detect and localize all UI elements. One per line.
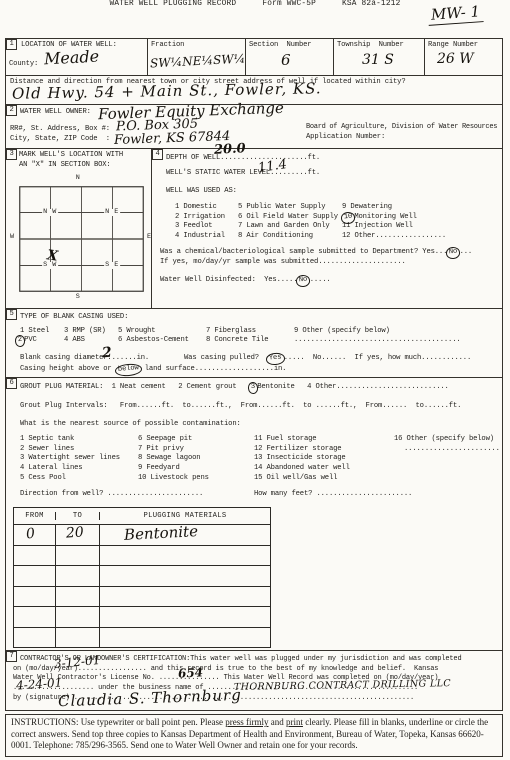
circled-2-pvc: 2: [15, 335, 26, 348]
use-option: 12 Other.................: [342, 232, 446, 242]
contamination-label: What is the nearest source of possible c…: [20, 420, 241, 430]
section6-grout-box: 6 GROUT PLUG MATERIAL: 1 Neat cement 2 C…: [5, 377, 503, 651]
section1-location-cell: 1 LOCATION OF WATER WELL: County: Meade: [6, 39, 148, 75]
use-option: 3 Feedlot: [175, 222, 225, 232]
contamination-option: 1 Septic tank: [20, 435, 120, 445]
grout-option: 4 Other...........................: [307, 383, 449, 391]
contamination-option: 13 Insecticide storage: [254, 454, 350, 464]
contamination-col1: 1 Septic tank 2 Sewer lines 3 Watertight…: [20, 435, 120, 484]
section5-casing-box: 5 TYPE OF BLANK CASING USED: 1 Steel 3 R…: [5, 308, 503, 378]
grout-material-line: GROUT PLUG MATERIAL: 1 Neat cement 2 Cem…: [20, 383, 449, 393]
to-value: 20: [65, 524, 84, 541]
use-option: 9 Dewatering: [342, 203, 446, 213]
contamination-col3: 11 Fuel storage 12 Fertilizer storage 13…: [254, 435, 350, 484]
circled-no-sample: No: [446, 246, 461, 259]
use-option-monitoring-well: 10Monitoring Well: [342, 213, 446, 223]
section2-owner-box: 2 WATER WELL OWNER: Fowler Equity Exchan…: [5, 104, 503, 149]
water-well-plugging-record-scan: WATER WELL PLUGGING RECORD Form WWC-5P K…: [0, 0, 510, 760]
contamination-option: 15 Oil well/Gas well: [254, 474, 350, 484]
use-option: 2 Irrigation: [175, 213, 225, 223]
grout-option: 2 Cement grout: [178, 383, 236, 391]
plugging-material-value: Bentonite: [124, 522, 199, 544]
section-grid: [19, 186, 144, 292]
contamination-option: 14 Abandoned water well: [254, 464, 350, 474]
sample-question-line: Was a chemical/bacteriological sample su…: [160, 248, 472, 258]
casing-diameter-line: Blank casing diameter.......in.: [20, 354, 149, 364]
disinfected-post: .....: [310, 276, 331, 284]
table-row: 0 20 Bentonite: [14, 524, 270, 545]
section1-number: 1: [6, 39, 17, 50]
contamination-option: 7 Pit privy: [138, 445, 209, 455]
use-option: 8 Air Conditioning: [238, 232, 338, 242]
instructions-text: and: [268, 717, 286, 727]
section3-location-grid-box: 3 MARK WELL'S LOCATION WITH AN "X" IN SE…: [5, 148, 152, 309]
section7-number: 7: [6, 651, 17, 662]
plugging-materials-table: FROM TO PLUGGING MATERIALS 0 20 Bentonit…: [13, 507, 271, 648]
section3-title-line2: AN "X" IN SECTION BOX:: [6, 161, 151, 171]
contamination-option: 12 Fertilizer storage: [254, 445, 350, 455]
casing-pulled-label: Was casing pulled?: [184, 354, 267, 362]
range-value: 26 W: [437, 51, 474, 67]
contamination-option: 6 Seepage pit: [138, 435, 209, 445]
casing-pulled-line: Was casing pulled? Yes..... No...... If …: [184, 354, 471, 364]
use-option-label: Monitoring Well: [354, 213, 416, 221]
handwritten-well-id: MW- 1: [427, 2, 483, 26]
section3-title-line1: MARK WELL'S LOCATION WITH: [6, 149, 151, 161]
table-row: [14, 565, 270, 586]
table-row: [14, 627, 270, 648]
township-value: 31 S: [362, 52, 394, 68]
use-options-col2: 5 Public Water Supply 6 Oil Field Water …: [238, 203, 338, 242]
range-cell: Range Number 26 W: [425, 39, 502, 75]
plugging-materials-header: PLUGGING MATERIALS: [100, 512, 270, 520]
use-option: 1 Domestic: [175, 203, 225, 213]
section5-title: TYPE OF BLANK CASING USED:: [20, 313, 128, 323]
contamination-option: 16 Other (specify below): [394, 435, 500, 445]
county-value: Meade: [44, 47, 100, 69]
casing-height-post: land surface...................in.: [141, 365, 287, 373]
form-statute: KSA 82a-1212: [342, 0, 401, 8]
fraction-cell: Fraction SW¼NE¼SW¼: [148, 39, 246, 75]
instructions-underlined: print: [286, 717, 303, 727]
casing-other-dots: ........................................: [294, 336, 461, 346]
table-row: [14, 606, 270, 627]
section7-certification-box: 7 CONTRACTOR'S OR LANDOWNER'S CERTIFICAT…: [5, 650, 503, 711]
contamination-option: 4 Lateral lines: [20, 464, 120, 474]
form-number: Form WWC-5P: [262, 0, 316, 8]
table-header-row: FROM TO PLUGGING MATERIALS: [14, 508, 270, 524]
static-level-line: WELL'S STATIC WATER LEVEL.........ft.: [166, 169, 320, 179]
contamination-option: 5 Cess Pool: [20, 474, 120, 484]
section5-number: 5: [6, 309, 17, 320]
used-as-label: WELL WAS USED AS:: [166, 187, 237, 197]
city-label: City, State, ZIP Code :: [10, 135, 110, 145]
section4-number: 4: [152, 149, 163, 160]
circled-yes-pulled: Yes: [266, 352, 285, 365]
address-label: RR#, St. Address, Box #:: [10, 125, 110, 135]
circled-3-bentonite: 3: [248, 382, 259, 395]
application-number-label: Application Number:: [306, 133, 385, 143]
contamination-col4: 16 Other (specify below) ...............…: [394, 435, 500, 454]
table-row: [14, 545, 270, 566]
section1-location-row: 1 LOCATION OF WATER WELL: County: Meade …: [5, 38, 503, 76]
instructions-underlined: press firmly: [225, 717, 268, 727]
direction-from-well-label: Direction from well? ...................…: [20, 490, 203, 500]
grout-title: GROUT PLUG MATERIAL:: [20, 383, 103, 391]
contamination-option: 2 Sewer lines: [20, 445, 120, 455]
use-options-col1: 1 Domestic 2 Irrigation 3 Feedlot 4 Indu…: [175, 203, 225, 242]
grout-option-bentonite: Bentonite: [257, 383, 294, 391]
casing-height-pre: Casing height above or: [20, 365, 116, 373]
use-option: 6 Oil Field Water Supply: [238, 213, 338, 223]
table-row: [14, 586, 270, 607]
compass-nw-label: N W: [42, 209, 58, 216]
contamination-option: 8 Sewage lagoon: [138, 454, 209, 464]
use-options-col3: 9 Dewatering 10Monitoring Well 11 Inject…: [342, 203, 446, 242]
disinfected-line: Water Well Disinfected: Yes.....No.....: [160, 276, 331, 286]
section2-number: 2: [6, 105, 17, 116]
agency-label: Board of Agriculture, Division of Water …: [306, 123, 497, 133]
to-header: TO: [56, 512, 99, 520]
casing-diameter-value: 2: [101, 345, 112, 362]
well-location-x-mark: X: [46, 247, 59, 264]
use-option: 4 Industrial: [175, 232, 225, 242]
contamination-option: 9 Feedyard: [138, 464, 209, 474]
casing-option: 8 Concrete Tile: [206, 336, 268, 346]
casing-option: 4 ABS: [64, 336, 85, 346]
section6-number: 6: [6, 378, 17, 389]
depth-value: 20.0: [214, 141, 246, 158]
instructions-text: INSTRUCTIONS: Use typewriter or ball poi…: [11, 717, 225, 727]
range-label: Range Number: [428, 41, 499, 51]
use-option: 7 Lawn and Garden Only: [238, 222, 338, 232]
casing-pulled-post: ..... No...... If yes, how much.........…: [284, 354, 471, 362]
circled-below: below: [114, 363, 142, 377]
section3-number: 3: [6, 149, 17, 160]
sample-question-post: ...: [460, 248, 473, 256]
compass-se-label: S E: [104, 262, 120, 269]
contamination-option: 3 Watertight sewer lines: [20, 454, 120, 464]
sample-date-line: If yes, mo/day/yr sample was submitted..…: [160, 258, 406, 268]
license-number-value: 654: [178, 665, 204, 680]
grout-option: 1 Neat cement: [112, 383, 166, 391]
section4-depth-box: 4 DEPTH OF WELL.....................ft. …: [151, 148, 503, 309]
business-name-value: THORNBURG CONTRACT DRILLING LLC: [234, 678, 451, 693]
form-title: WATER WELL PLUGGING RECORD: [109, 0, 236, 8]
compass-n-label: N: [75, 175, 82, 182]
compass-s-label: S: [75, 294, 82, 301]
from-value: 0: [25, 526, 36, 543]
sample-question-pre: Was a chemical/bacteriological sample su…: [160, 248, 447, 256]
contamination-option: 10 Livestock pens: [138, 474, 209, 484]
grout-intervals-line: Grout Plug Intervals: From......ft. to..…: [20, 402, 461, 412]
contamination-other-dots: .......................: [394, 445, 500, 455]
casing-option-pvc: 2PVC: [16, 336, 37, 346]
from-header: FROM: [14, 512, 55, 520]
township-cell: Township Number 31 S: [334, 39, 425, 75]
casing-option: 6 Asbestos-Cement: [118, 336, 189, 346]
section-number-cell: Section Number 6: [246, 39, 334, 75]
use-option: 11 Injection Well: [342, 222, 446, 232]
instructions-box: INSTRUCTIONS: Use typewriter or ball poi…: [5, 714, 503, 757]
fraction-value: SW¼NE¼SW¼: [150, 52, 246, 71]
how-many-feet-label: How many feet? .......................: [254, 490, 412, 500]
township-label: Township Number: [337, 41, 421, 51]
contamination-col2: 6 Seepage pit 7 Pit privy 8 Sewage lagoo…: [138, 435, 209, 484]
use-option: 5 Public Water Supply: [238, 203, 338, 213]
compass-w-label: W: [9, 234, 16, 241]
section-number-label: Section Number: [249, 41, 330, 51]
casing-height-line: Casing height above or below land surfac…: [20, 365, 286, 375]
contamination-option: 11 Fuel storage: [254, 435, 350, 445]
section-number-value: 6: [281, 51, 291, 69]
fraction-label: Fraction: [151, 41, 242, 51]
pvc-label: PVC: [24, 336, 37, 344]
disinfected-pre: Water Well Disinfected: Yes.....: [160, 276, 297, 284]
compass-ne-label: N E: [104, 209, 120, 216]
